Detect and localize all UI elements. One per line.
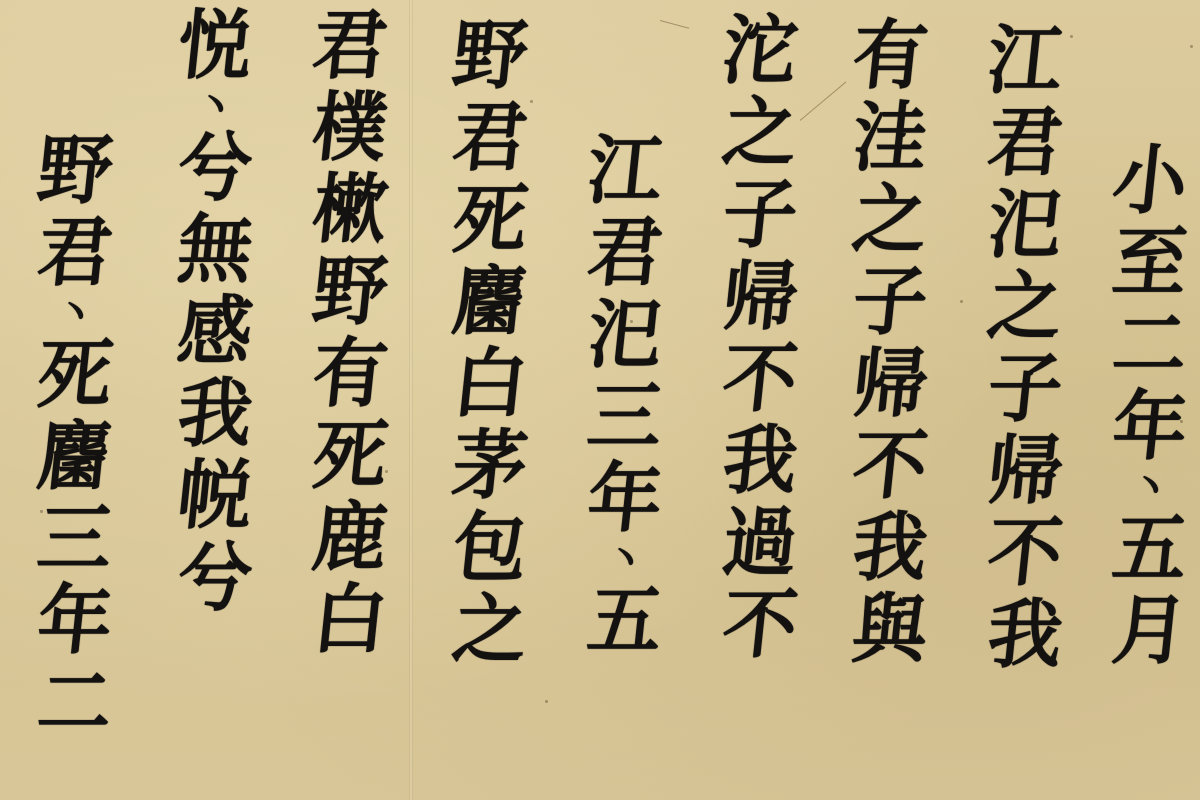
calligraphy-glyph: 鹿 bbox=[309, 496, 392, 580]
calligraphy-glyph: 不 bbox=[719, 583, 802, 667]
calligraphy-glyph: 帨 bbox=[174, 454, 257, 538]
calligraphy-glyph: 我 bbox=[984, 593, 1067, 677]
calligraphy-glyph: 麕 bbox=[449, 260, 532, 344]
paper-seam bbox=[409, 0, 413, 800]
calligraphy-glyph: 悦 bbox=[174, 4, 257, 88]
calligraphy-glyph: 白 bbox=[309, 578, 392, 662]
calligraphy-glyph: 帰 bbox=[719, 255, 802, 339]
calligraphy-glyph: 君 bbox=[984, 101, 1067, 185]
calligraphy-glyph: 江 bbox=[984, 19, 1067, 103]
calligraphy-glyph: 麕 bbox=[34, 415, 117, 499]
calligraphy-glyph: 野 bbox=[34, 129, 117, 213]
calligraphy-glyph: 五 bbox=[584, 579, 667, 663]
calligraphy-column: 江君汜之子帰不我 bbox=[980, 20, 1070, 676]
calligraphy-glyph: 野 bbox=[309, 250, 392, 334]
calligraphy-glyph: 死 bbox=[449, 178, 532, 262]
calligraphy-glyph: 兮 bbox=[174, 126, 257, 210]
calligraphy-glyph: 丶 bbox=[193, 87, 237, 128]
calligraphy-glyph: 樕 bbox=[309, 168, 392, 252]
calligraphy-glyph: 帰 bbox=[849, 342, 932, 426]
calligraphy-glyph: 君 bbox=[449, 96, 532, 180]
calligraphy-glyph: 沱 bbox=[719, 9, 802, 93]
calligraphy-glyph: 至 bbox=[1109, 221, 1192, 305]
calligraphy-glyph: 汜 bbox=[584, 293, 667, 377]
calligraphy-glyph: 之 bbox=[449, 588, 532, 672]
calligraphy-column: 野君死麕白茅包之 bbox=[445, 15, 535, 671]
calligraphy-glyph: 年 bbox=[1109, 385, 1192, 469]
calligraphy-glyph: 君 bbox=[584, 211, 667, 295]
calligraphy-glyph: 之 bbox=[849, 178, 932, 262]
calligraphy-glyph: 死 bbox=[309, 414, 392, 498]
calligraphy-glyph: 帰 bbox=[984, 429, 1067, 513]
calligraphy-glyph: 年 bbox=[584, 457, 667, 541]
calligraphy-glyph: 子 bbox=[719, 173, 802, 257]
calligraphy-glyph: 不 bbox=[849, 424, 932, 508]
paper-speck bbox=[960, 300, 963, 303]
calligraphy-column: 悦丶兮無感我帨兮 bbox=[170, 5, 260, 619]
calligraphy-column: 野君丶死麕三年二 bbox=[30, 130, 120, 744]
calligraphy-glyph: 野 bbox=[449, 14, 532, 98]
calligraphy-glyph: 君 bbox=[34, 211, 117, 295]
paper-speck bbox=[1190, 45, 1193, 48]
calligraphy-glyph: 白 bbox=[449, 342, 532, 426]
calligraphy-glyph: 死 bbox=[34, 333, 117, 417]
calligraphy-glyph: 年 bbox=[34, 579, 117, 663]
calligraphy-glyph: 月 bbox=[1109, 589, 1192, 673]
calligraphy-glyph: 樸 bbox=[309, 86, 392, 170]
calligraphy-glyph: 與 bbox=[849, 588, 932, 672]
calligraphy-glyph: 丶 bbox=[1128, 468, 1172, 509]
calligraphy-glyph: 茅 bbox=[449, 424, 532, 508]
calligraphy-glyph: 子 bbox=[849, 260, 932, 344]
calligraphy-glyph: 二 bbox=[1109, 303, 1192, 387]
calligraphy-glyph: 之 bbox=[719, 91, 802, 175]
calligraphy-column: 江君汜三年丶五 bbox=[580, 130, 670, 662]
calligraphy-glyph: 我 bbox=[719, 419, 802, 503]
calligraphy-glyph: 我 bbox=[849, 506, 932, 590]
calligraphy-glyph: 丶 bbox=[53, 294, 97, 335]
calligraphy-glyph: 感 bbox=[174, 290, 257, 374]
calligraphy-glyph: 丶 bbox=[603, 540, 647, 581]
calligraphy-glyph: 不 bbox=[984, 511, 1067, 595]
calligraphy-glyph: 之 bbox=[984, 265, 1067, 349]
calligraphy-column: 有洼之子帰不我與 bbox=[845, 15, 935, 671]
calligraphy-glyph: 過 bbox=[719, 501, 802, 585]
calligraphy-column: 沱之子帰不我過不 bbox=[715, 10, 805, 666]
calligraphy-column: 君樸樕野有死鹿白 bbox=[305, 5, 395, 661]
calligraphy-glyph: 不 bbox=[719, 337, 802, 421]
calligraphy-glyph: 三 bbox=[584, 375, 667, 459]
calligraphy-glyph: 有 bbox=[309, 332, 392, 416]
calligraphy-glyph: 我 bbox=[174, 372, 257, 456]
calligraphy-glyph: 包 bbox=[449, 506, 532, 590]
calligraphy-glyph: 汜 bbox=[984, 183, 1067, 267]
paper-speck bbox=[1070, 35, 1073, 38]
calligraphy-glyph: 五 bbox=[1109, 507, 1192, 591]
calligraphy-glyph: 三 bbox=[34, 497, 117, 581]
calligraphy-glyph: 江 bbox=[584, 129, 667, 213]
calligraphy-glyph: 洼 bbox=[849, 96, 932, 180]
calligraphy-glyph: 小 bbox=[1109, 139, 1192, 223]
calligraphy-glyph: 二 bbox=[34, 661, 117, 745]
paper-speck bbox=[545, 700, 548, 703]
calligraphy-glyph: 兮 bbox=[174, 536, 257, 620]
calligraphy-column: 小至二年丶五月 bbox=[1105, 140, 1195, 672]
calligraphy-glyph: 子 bbox=[984, 347, 1067, 431]
calligraphy-glyph: 君 bbox=[309, 4, 392, 88]
calligraphy-glyph: 有 bbox=[849, 14, 932, 98]
calligraphy-glyph: 無 bbox=[174, 208, 257, 292]
